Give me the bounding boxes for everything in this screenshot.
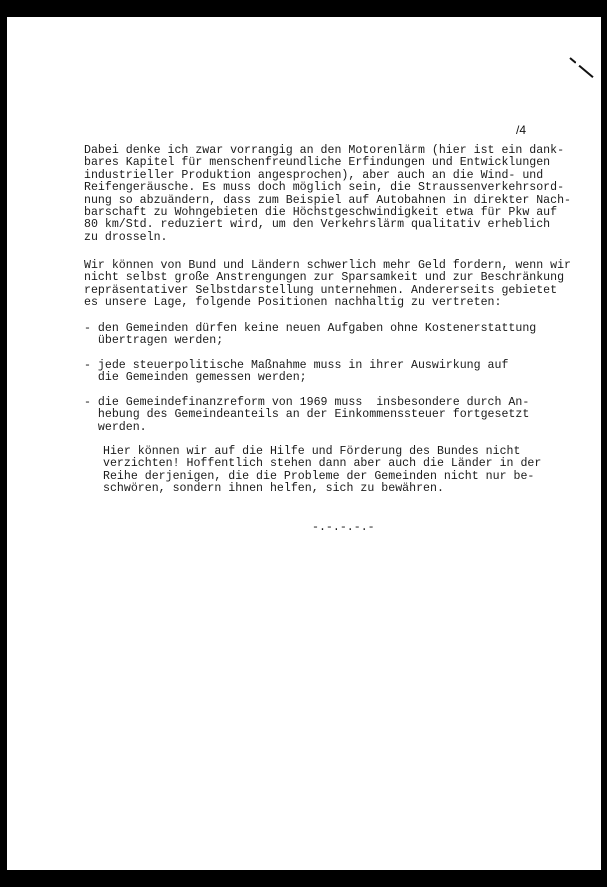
paragraph-1: Dabei denke ich zwar vorrangig an den Mo… [84,145,604,244]
bullet-item-3: - die Gemeindefinanzreform von 1969 muss… [84,397,604,434]
bullet-item-2: - jede steuerpolitische Maßnahme muss in… [84,360,604,385]
paragraph-2: Wir können von Bund und Ländern schwerli… [84,260,604,310]
end-mark: -.-.-.-.- [312,521,375,534]
page-number: /4 [516,123,526,137]
bullet-item-1: - den Gemeinden dürfen keine neuen Aufga… [84,323,604,348]
document-page: /4 Dabei denke ich zwar vorrangig an den… [7,17,601,870]
handwritten-mark [569,57,593,78]
paragraph-3: Hier können wir auf die Hilfe und Förder… [103,446,607,496]
